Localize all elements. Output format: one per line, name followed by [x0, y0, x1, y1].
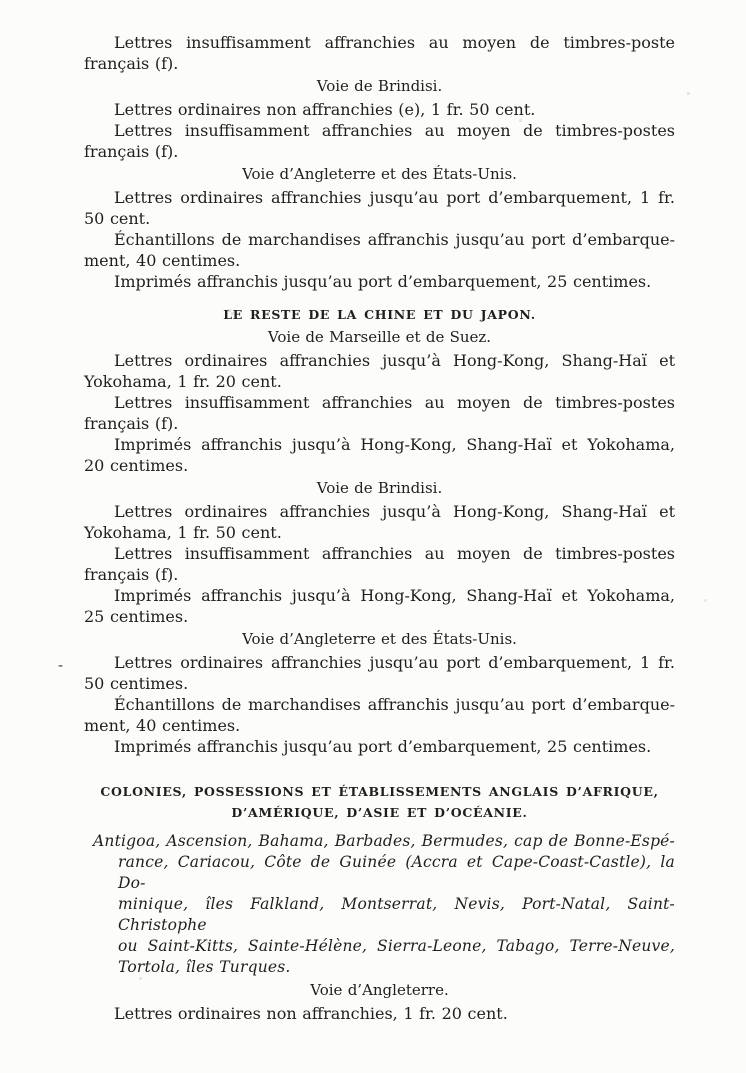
scan-noise [0, 0, 1, 1]
text-line: Lettres insuffisamment affranchies au mo… [84, 543, 675, 564]
text-line: 25 centimes. [84, 606, 675, 627]
text-line: Yokohama, 1 fr. 50 cent. [84, 522, 675, 543]
text-line: Voie de Marseille et de Suez. [84, 327, 675, 348]
tariff-paragraph: Lettres ordinaires affranchies jusqu’à H… [84, 350, 675, 392]
text-line: Lettres ordinaires affranchies jusqu’au … [84, 652, 675, 673]
section-heading: COLONIES, POSSESSIONS ET ÉTABLISSEMENTS … [84, 781, 675, 823]
text-line: Lettres ordinaires affranchies jusqu’au … [84, 187, 675, 208]
text-line: Lettres ordinaires affranchies jusqu’à H… [84, 350, 675, 371]
tariff-paragraph: Lettres insuffisamment affranchies au mo… [84, 120, 675, 162]
tariff-paragraph: Lettres ordinaires affranchies jusqu’au … [84, 652, 675, 694]
text-line: Yokohama, 1 fr. 20 cent. [84, 371, 675, 392]
text-line: Imprimés affranchis jusqu’au port d’emba… [84, 736, 675, 757]
route-line: Voie d’Angleterre et des États-Unis. [84, 164, 675, 185]
tariff-paragraph: Lettres ordinaires affranchies jusqu’à H… [84, 501, 675, 543]
text-line: Voie de Brindisi. [84, 76, 675, 97]
text-line: Imprimés affranchis jusqu’à Hong-Kong, S… [84, 585, 675, 606]
text-line: 20 centimes. [84, 455, 675, 476]
scanned-document-page: - Lettres insuffisamment affranchies au … [0, 0, 746, 1073]
text-line: Lettres insuffisamment affranchies au mo… [84, 120, 675, 141]
tariff-paragraph: Imprimés affranchis jusqu’au port d’emba… [84, 736, 675, 757]
text-line: français (f). [84, 141, 675, 162]
text-line: Imprimés affranchis jusqu’au port d’emba… [84, 271, 675, 292]
tariff-paragraph: Lettres insuffisamment affranchies au mo… [84, 32, 675, 74]
text-line: Échantillons de marchandises affranchis … [84, 694, 675, 715]
text-line: Voie de Brindisi. [84, 478, 675, 499]
text-line: ou Saint-Kitts, Sainte-Hélène, Sierra-Le… [84, 936, 675, 957]
text-line: Lettres insuffisamment affranchies au mo… [84, 32, 675, 53]
text-line: minique, îles Falkland, Montserrat, Nevi… [84, 894, 675, 936]
text-line: D’AMÉRIQUE, D’ASIE ET D’OCÉANIE. [84, 802, 675, 823]
tariff-paragraph: Imprimés affranchis jusqu’à Hong-Kong, S… [84, 585, 675, 627]
tariff-paragraph: Lettres ordinaires affranchies jusqu’au … [84, 187, 675, 229]
colony-list: Antigoa, Ascension, Bahama, Barbades, Be… [84, 831, 675, 978]
text-line: Voie d’Angleterre. [84, 980, 675, 1001]
text-line: ment, 40 centimes. [84, 250, 675, 271]
text-line: 50 cent. [84, 208, 675, 229]
text-line: Lettres insuffisamment affranchies au mo… [84, 392, 675, 413]
tariff-paragraph: Échantillons de marchandises affranchis … [84, 229, 675, 271]
route-line: Voie de Brindisi. [84, 76, 675, 97]
text-line: Voie d’Angleterre et des États-Unis. [84, 629, 675, 650]
text-line: COLONIES, POSSESSIONS ET ÉTABLISSEMENTS … [84, 781, 675, 802]
text-line: Lettres ordinaires non affranchies (e), … [84, 99, 675, 120]
route-line: Voie d’Angleterre et des États-Unis. [84, 629, 675, 650]
text-line: Antigoa, Ascension, Bahama, Barbades, Be… [84, 831, 675, 852]
text-line: Tortola, îles Turques. [84, 957, 675, 978]
tariff-paragraph: Imprimés affranchis jusqu’à Hong-Kong, S… [84, 434, 675, 476]
tariff-paragraph: Lettres ordinaires non affranchies (e), … [84, 99, 675, 120]
route-line: Voie d’Angleterre. [84, 980, 675, 1001]
text-line: Voie d’Angleterre et des États-Unis. [84, 164, 675, 185]
text-line: 50 centimes. [84, 673, 675, 694]
margin-mark: - [58, 655, 63, 676]
tariff-paragraph: Lettres ordinaires non affranchies, 1 fr… [84, 1003, 675, 1024]
text-line: LE RESTE DE LA CHINE ET DU JAPON. [84, 304, 675, 325]
route-line: Voie de Brindisi. [84, 478, 675, 499]
tariff-paragraph: Lettres insuffisamment affranchies au mo… [84, 392, 675, 434]
text-line: rance, Cariacou, Côte de Guinée (Accra e… [84, 852, 675, 894]
text-line: Échantillons de marchandises affranchis … [84, 229, 675, 250]
text-line: français (f). [84, 564, 675, 585]
text-line: Lettres ordinaires non affranchies, 1 fr… [84, 1003, 675, 1024]
text-line: français (f). [84, 53, 675, 74]
tariff-paragraph: Lettres insuffisamment affranchies au mo… [84, 543, 675, 585]
text-line: français (f). [84, 413, 675, 434]
tariff-paragraph: Imprimés affranchis jusqu’au port d’emba… [84, 271, 675, 292]
text-line: ment, 40 centimes. [84, 715, 675, 736]
text-line: Lettres ordinaires affranchies jusqu’à H… [84, 501, 675, 522]
text-line: Imprimés affranchis jusqu’à Hong-Kong, S… [84, 434, 675, 455]
route-line: Voie de Marseille et de Suez. [84, 327, 675, 348]
tariff-paragraph: Échantillons de marchandises affranchis … [84, 694, 675, 736]
section-heading: LE RESTE DE LA CHINE ET DU JAPON. [84, 304, 675, 325]
text-column: Lettres insuffisamment affranchies au mo… [84, 32, 675, 1024]
